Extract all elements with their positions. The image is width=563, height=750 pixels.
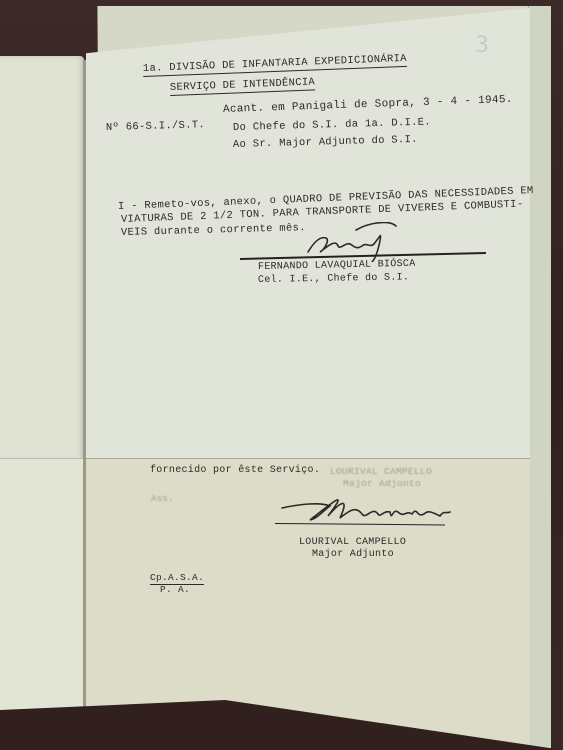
bleed-through-name: LOURIVAL CAMPELLO <box>330 466 432 477</box>
routing-line-2: P. A. <box>160 584 190 595</box>
signature-campello <box>280 492 460 532</box>
bleed-through-title: Major Adjunto <box>343 478 421 489</box>
signatory-name-2: LOURIVAL CAMPELLO <box>299 537 406 548</box>
left-page-lower-fold <box>0 458 84 719</box>
page-edge-strip <box>528 6 551 750</box>
signatory-title-2: Major Adjunto <box>312 549 394 560</box>
bleed-through-mark: Ass. <box>151 494 174 504</box>
lower-sheet-text: fornecido por êste Serviço. <box>150 465 320 476</box>
page-number-pencil: 3 <box>475 33 489 58</box>
book-gutter <box>83 60 86 720</box>
